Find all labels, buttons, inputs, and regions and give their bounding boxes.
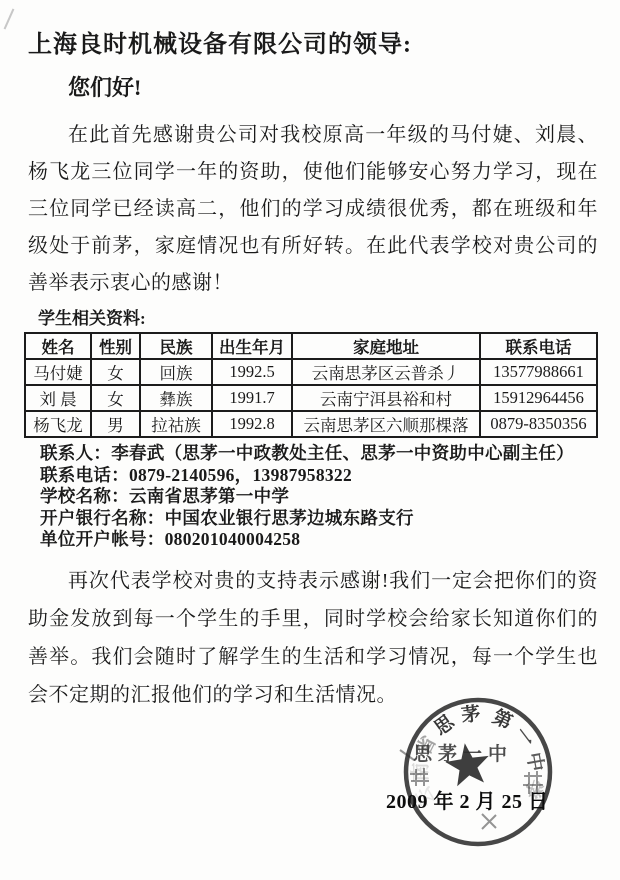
student-cell: 0879-8350356 xyxy=(480,411,597,437)
pen-mark xyxy=(4,9,15,30)
column-header: 家庭地址 xyxy=(292,333,480,359)
column-header: 姓名 xyxy=(25,333,91,359)
student-cell: 云南思茅区六顺那棵落 xyxy=(292,411,480,437)
student-row: 杨飞龙男拉祜族1992.8云南思茅区六顺那棵落0879-8350356 xyxy=(25,411,597,437)
greeting-line: 您们好! xyxy=(68,74,598,102)
column-header: 出生年月 xyxy=(212,333,292,359)
student-cell: 1992.8 xyxy=(212,411,292,437)
contact-info-block: 联系人：李春武（思茅一中政教处主任、思茅一中资助中心副主任）联系电话：0879-… xyxy=(40,443,598,551)
student-cell: 拉祜族 xyxy=(140,411,212,437)
student-cell: 女 xyxy=(91,385,140,411)
column-header: 性别 xyxy=(91,333,140,359)
seal-ring-char: 中 xyxy=(522,751,548,774)
contact-line: 开户银行名称：中国农业银行思茅边城东路支行 xyxy=(40,508,598,530)
student-cell: 马付婕 xyxy=(25,359,91,385)
student-info-table: 姓名性别民族出生年月家庭地址联系电话 马付婕女回族1992.5云南思茅区云普杀丿… xyxy=(24,332,598,438)
student-cell: 1991.7 xyxy=(212,385,292,411)
school-seal-stamp: 云南省思茅第一中学 思茅一中 xyxy=(378,672,578,872)
thanks-paragraph: 在此首先感谢贵公司对我校原高一年级的马付婕、刘晨、杨飞龙三位同学一年的资助，使他… xyxy=(28,117,598,302)
student-cell: 1992.5 xyxy=(212,359,292,385)
student-cell: 15912964456 xyxy=(480,385,597,411)
student-cell: 彝族 xyxy=(140,385,212,411)
student-cell: 云南思茅区云普杀丿 xyxy=(292,359,480,385)
date-stamp: 2009 年 2 月 25 日 xyxy=(386,785,549,814)
student-table-caption: 学生相关资料: xyxy=(38,309,598,329)
student-cell: 云南宁洱县裕和村 xyxy=(292,385,480,411)
student-row: 马付婕女回族1992.5云南思茅区云普杀丿13577988661 xyxy=(25,359,597,385)
student-row: 刘 晨女彝族1991.7云南宁洱县裕和村15912964456 xyxy=(25,385,597,411)
contact-line: 单位开户帐号：080201040004258 xyxy=(40,529,598,551)
student-cell: 13577988661 xyxy=(480,359,597,385)
student-cell: 男 xyxy=(91,411,140,437)
student-cell: 女 xyxy=(91,359,140,385)
student-cell: 杨飞龙 xyxy=(25,411,91,437)
seal-ring-char: 茅 xyxy=(460,702,482,727)
table-header-row: 姓名性别民族出生年月家庭地址联系电话 xyxy=(25,333,597,359)
student-cell: 回族 xyxy=(140,359,212,385)
contact-line: 学校名称：云南省思茅第一中学 xyxy=(40,486,598,508)
contact-line: 联系人：李春武（思茅一中政教处主任、思茅一中资助中心副主任） xyxy=(40,443,598,465)
contact-line: 联系电话：0879-2140596，13987958322 xyxy=(40,465,598,487)
seal-ring-char: 南 xyxy=(409,762,431,781)
student-cell: 刘 晨 xyxy=(25,385,91,411)
letter-document: 上海良时机械设备有限公司的领导: 您们好! 在此首先感谢贵公司对我校原高一年级的… xyxy=(0,0,620,880)
seal-graphic: 云南省思茅第一中学 思茅一中 xyxy=(378,672,578,872)
seal-center-text: 思茅一中 xyxy=(413,742,513,765)
recipient-salutation: 上海良时机械设备有限公司的领导: xyxy=(28,30,598,60)
column-header: 民族 xyxy=(140,333,212,359)
column-header: 联系电话 xyxy=(480,333,597,359)
